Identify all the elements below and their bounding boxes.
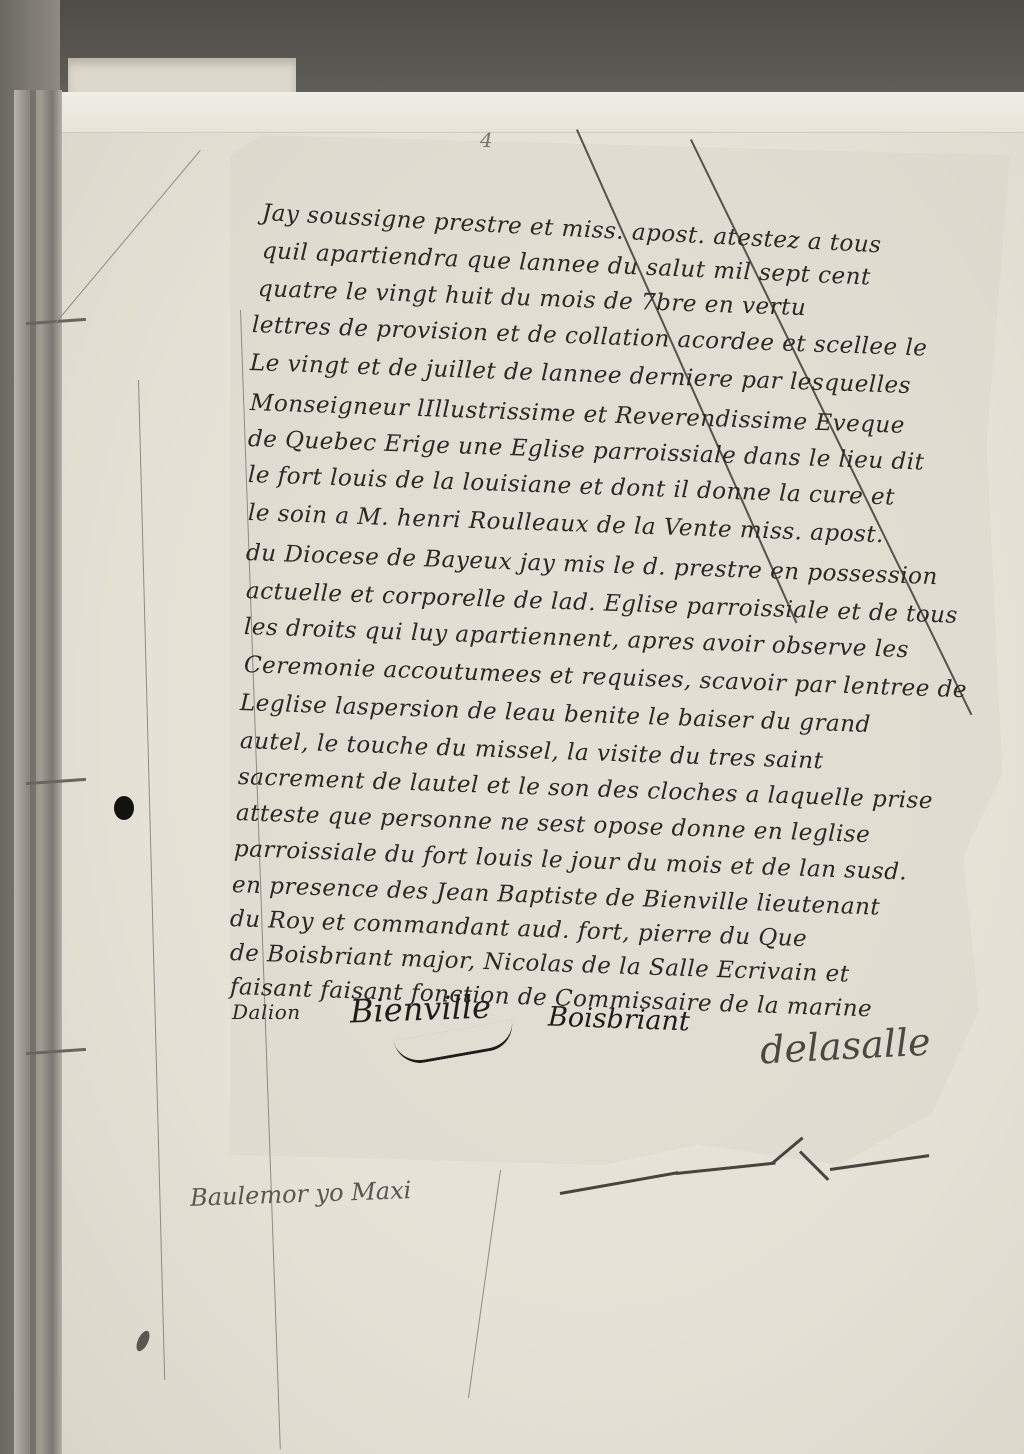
signature-bienville: Bienville xyxy=(349,988,491,1031)
handwritten-text: Jay soussigne prestre et miss. apost. at… xyxy=(0,0,1024,1454)
signature-prefix: Dalion xyxy=(232,1000,301,1024)
text-line: le soin a M. henri Roulleaux de la Vente… xyxy=(248,500,885,548)
signature-boisbriant: Boisbriant xyxy=(548,1002,691,1038)
signature-delasalle: delasalle xyxy=(759,1020,932,1073)
